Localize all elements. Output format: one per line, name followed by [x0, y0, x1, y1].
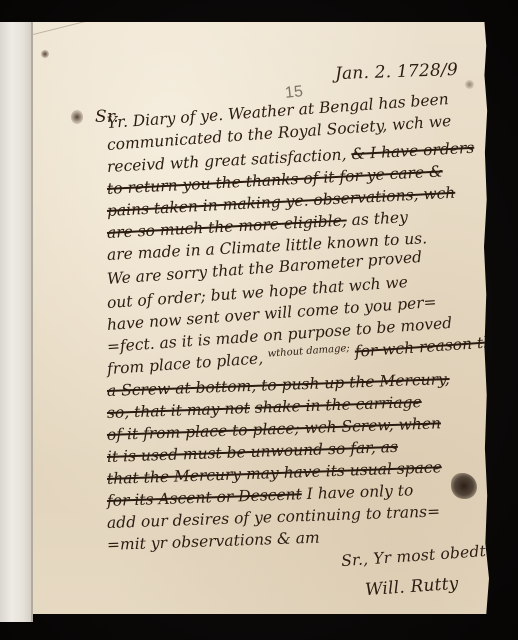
- letter-closing: Sr., Yr most obedt. Servt.: [341, 538, 518, 570]
- ink-spot: [41, 50, 49, 58]
- scan-background: Jan. 2. 1728/9 15 Sr. Yr. Diary of ye. W…: [0, 0, 518, 640]
- ink-blot: [451, 473, 477, 499]
- body-line: =mit yr observations & am: [107, 529, 320, 554]
- letter-date: Jan. 2. 1728/9: [335, 60, 459, 84]
- ink-spot: [71, 110, 83, 124]
- interlinear-insertion: wthout damage;: [267, 343, 350, 360]
- mounting-strip: [0, 22, 33, 622]
- fold-mark: [33, 0, 208, 35]
- letter-page: Jan. 2. 1728/9 15 Sr. Yr. Diary of ye. W…: [33, 22, 489, 614]
- signature: Will. Rutty: [364, 574, 459, 600]
- foxing-spot: [465, 80, 474, 89]
